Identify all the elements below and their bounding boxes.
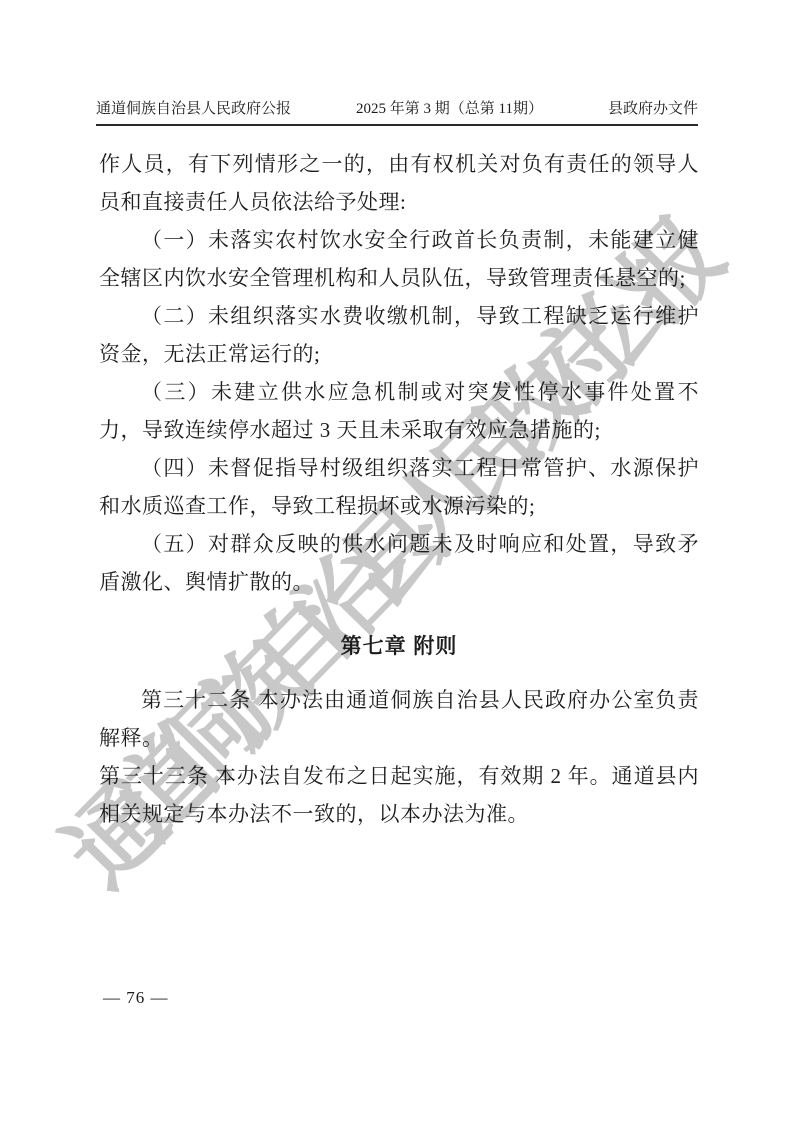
gazette-document-page: 通道侗族自治县人民政府公报 通道侗族自治县人民政府公报 2025 年第 3 期（… <box>0 0 793 1122</box>
header-issue-info: 2025 年第 3 期（总第 11期） <box>356 100 543 118</box>
page-number: — 76 — <box>103 988 169 1008</box>
list-item-1: （一）未落实农村饮水安全行政首长负责制，未能建立健全辖区内饮水安全管理机构和人员… <box>99 221 699 297</box>
article-32-paragraph: 第三十二条 本办法由通道侗族自治县人民政府办公室负责解释。 <box>99 681 699 757</box>
header-section-label: 县政府办文件 <box>608 100 698 118</box>
list-item-5: （五）对群众反映的供水问题未及时响应和处置，导致矛盾激化、舆情扩散的。 <box>99 525 699 601</box>
document-body: 作人员，有下列情形之一的，由有权机关对负有责任的领导人员和直接责任人员依法给予处… <box>99 145 699 833</box>
header-journal-title: 通道侗族自治县人民政府公报 <box>96 100 291 118</box>
body-paragraph-continuation: 作人员，有下列情形之一的，由有权机关对负有责任的领导人员和直接责任人员依法给予处… <box>99 145 699 221</box>
list-item-3: （三）未建立供水应急机制或对突发性停水事件处置不力，导致连续停水超过 3 天且未… <box>99 373 699 449</box>
chapter-heading: 第七章 附则 <box>99 628 699 666</box>
article-33-paragraph: 第三十三条 本办法自发布之日起实施，有效期 2 年。通道县内相关规定与本办法不一… <box>99 757 699 833</box>
list-item-2: （二）未组织落实水费收缴机制，导致工程缺乏运行维护资金，无法正常运行的; <box>99 297 699 373</box>
page-header: 通道侗族自治县人民政府公报 2025 年第 3 期（总第 11期） 县政府办文件 <box>96 100 698 126</box>
list-item-4: （四）未督促指导村级组织落实工程日常管护、水源保护和水质巡查工作，导致工程损坏或… <box>99 449 699 525</box>
